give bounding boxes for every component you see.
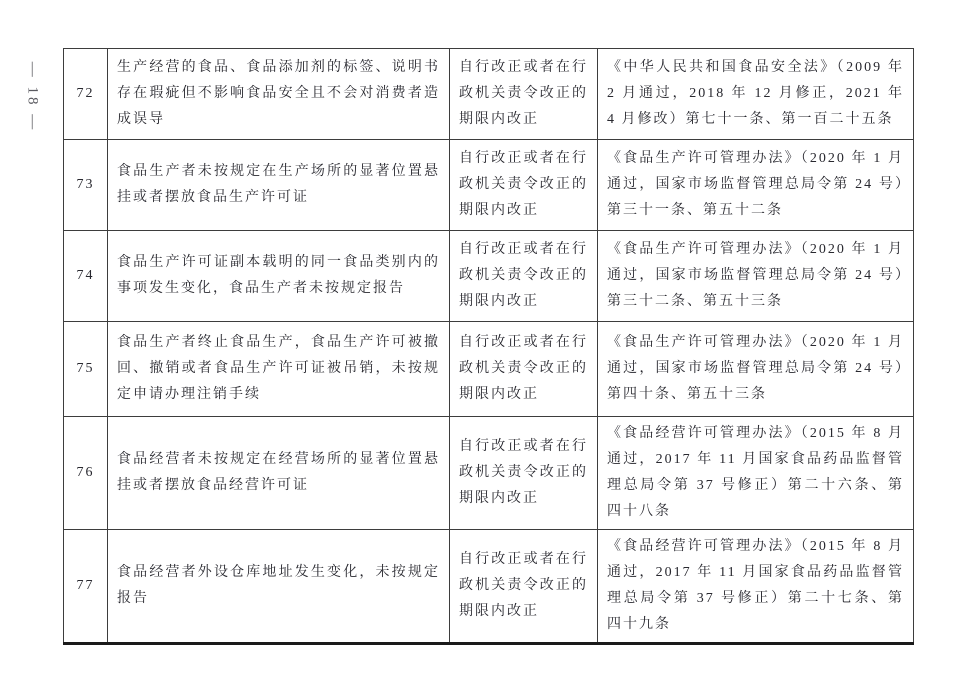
- violation-cell: 食品生产者未按规定在生产场所的显著位置悬挂或者摆放食品生产许可证: [108, 140, 450, 231]
- legal-basis-cell: 《食品经营许可管理办法》（2015 年 8 月通过，2017 年 11 月国家食…: [598, 417, 914, 530]
- row-number-cell: 76: [64, 417, 108, 530]
- row-number-cell: 77: [64, 530, 108, 644]
- violation-cell: 食品生产许可证副本载明的同一食品类别内的事项发生变化，食品生产者未按规定报告: [108, 231, 450, 322]
- correction-cell: 自行改正或者在行政机关责令改正的期限内改正: [450, 140, 598, 231]
- table-row: 77 食品经营者外设仓库地址发生变化，未按规定报告 自行改正或者在行政机关责令改…: [64, 530, 914, 644]
- legal-basis-cell: 《食品经营许可管理办法》（2015 年 8 月通过，2017 年 11 月国家食…: [598, 530, 914, 644]
- document-page: — 18 — 72 生产经营的食品、食品添加剂的标签、说明书存在瑕疵但不影响食品…: [0, 0, 977, 676]
- correction-cell: 自行改正或者在行政机关责令改正的期限内改正: [450, 417, 598, 530]
- table-row: 74 食品生产许可证副本载明的同一食品类别内的事项发生变化，食品生产者未按规定报…: [64, 231, 914, 322]
- legal-basis-cell: 《食品生产许可管理办法》（2020 年 1 月通过，国家市场监督管理总局令第 2…: [598, 140, 914, 231]
- table-row: 72 生产经营的食品、食品添加剂的标签、说明书存在瑕疵但不影响食品安全且不会对消…: [64, 49, 914, 140]
- row-number-cell: 72: [64, 49, 108, 140]
- legal-basis-cell: 《中华人民共和国食品安全法》（2009 年 2 月通过，2018 年 12 月修…: [598, 49, 914, 140]
- table-row: 73 食品生产者未按规定在生产场所的显著位置悬挂或者摆放食品生产许可证 自行改正…: [64, 140, 914, 231]
- violation-cell: 食品经营者未按规定在经营场所的显著位置悬挂或者摆放食品经营许可证: [108, 417, 450, 530]
- violation-cell: 食品生产者终止食品生产，食品生产许可被撤回、撤销或者食品生产许可证被吊销，未按规…: [108, 322, 450, 417]
- legal-basis-cell: 《食品生产许可管理办法》（2020 年 1 月通过，国家市场监督管理总局令第 2…: [598, 322, 914, 417]
- correction-cell: 自行改正或者在行政机关责令改正的期限内改正: [450, 49, 598, 140]
- correction-cell: 自行改正或者在行政机关责令改正的期限内改正: [450, 231, 598, 322]
- table-row: 75 食品生产者终止食品生产，食品生产许可被撤回、撤销或者食品生产许可证被吊销，…: [64, 322, 914, 417]
- legal-basis-cell: 《食品生产许可管理办法》（2020 年 1 月通过，国家市场监督管理总局令第 2…: [598, 231, 914, 322]
- correction-cell: 自行改正或者在行政机关责令改正的期限内改正: [450, 530, 598, 644]
- row-number-cell: 73: [64, 140, 108, 231]
- row-number-cell: 74: [64, 231, 108, 322]
- regulations-table: 72 生产经营的食品、食品添加剂的标签、说明书存在瑕疵但不影响食品安全且不会对消…: [63, 48, 914, 645]
- table-row: 76 食品经营者未按规定在经营场所的显著位置悬挂或者摆放食品经营许可证 自行改正…: [64, 417, 914, 530]
- violation-cell: 食品经营者外设仓库地址发生变化，未按规定报告: [108, 530, 450, 644]
- violation-cell: 生产经营的食品、食品添加剂的标签、说明书存在瑕疵但不影响食品安全且不会对消费者造…: [108, 49, 450, 140]
- page-number-vertical: — 18 —: [24, 62, 41, 133]
- row-number-cell: 75: [64, 322, 108, 417]
- correction-cell: 自行改正或者在行政机关责令改正的期限内改正: [450, 322, 598, 417]
